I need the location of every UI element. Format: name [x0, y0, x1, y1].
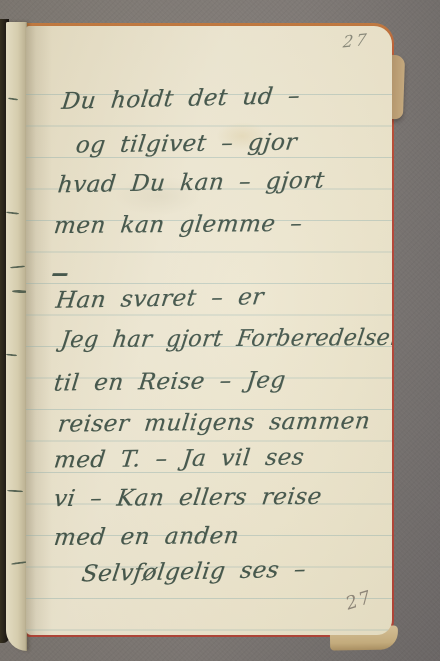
- handwriting-line: vi – Kan ellers reise: [52, 486, 323, 511]
- previous-page-edge: [6, 22, 27, 651]
- notebook-page: 27 Du holdt det ud – og tilgivet – gjor …: [26, 26, 392, 635]
- handwriting-line: til en Reise – Jeg: [53, 369, 287, 395]
- handwriting-line: Han svaret – er: [54, 286, 265, 313]
- handwriting-line: Selvfølgelig ses –: [80, 559, 307, 587]
- page-number-top: 27: [342, 31, 370, 50]
- handwriting-line: med en anden: [53, 525, 241, 550]
- margin-ink-mark: [12, 290, 27, 294]
- handwriting-line: Jeg har gjort Forberedelser: [59, 327, 392, 352]
- margin-ink-mark: [8, 97, 18, 101]
- margin-ink-mark: [6, 211, 19, 215]
- margin-ink-mark: [10, 265, 25, 268]
- photo-background: 27 Du holdt det ud – og tilgivet – gjor …: [0, 0, 440, 661]
- handwriting-line: med T. – Ja vil ses: [53, 446, 306, 472]
- handwriting-line: men kan glemme –: [53, 213, 304, 238]
- handwriting-line: og tilgivet – gjor: [74, 131, 298, 157]
- handwriting-separator-dash: –: [51, 262, 69, 285]
- handwriting-line: hvad Du kan – gjort: [57, 170, 326, 198]
- margin-ink-mark: [7, 489, 23, 492]
- handwriting-line: Du holdt det ud –: [60, 85, 301, 114]
- handwriting-line: reiser muligens sammen: [57, 410, 372, 436]
- margin-ink-mark: [6, 353, 17, 356]
- margin-ink-mark: [11, 561, 27, 565]
